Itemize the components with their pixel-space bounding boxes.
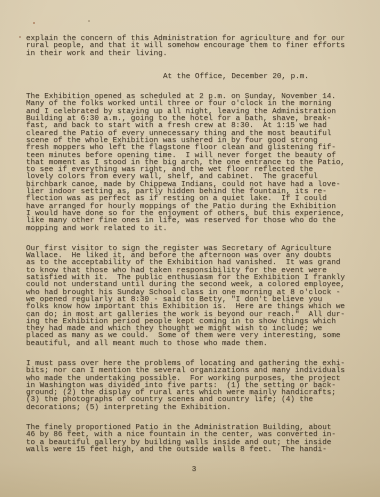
paper-speck <box>19 36 21 38</box>
paragraph-patio-description: The finely proportioned Patio in the Adm… <box>26 425 362 454</box>
paper-speck <box>88 20 90 22</box>
paragraph-first-visitor: Our first visitor to sign the register w… <box>26 246 362 348</box>
paragraph-exhibition-opening: The Exhibition opened as scheduled at 2 … <box>26 94 362 233</box>
paper-speck <box>33 22 35 24</box>
paragraph-project-parts: I must pass over here the problems of lo… <box>26 361 362 412</box>
dateline: At the Office, December 20, p.m. <box>26 74 362 81</box>
text-block: explain the concern of this Administrati… <box>26 36 362 475</box>
paragraph-continuation: explain the concern of this Administrati… <box>26 36 362 58</box>
document-page: explain the concern of this Administrati… <box>0 0 380 497</box>
page-number: 3 <box>26 467 362 474</box>
